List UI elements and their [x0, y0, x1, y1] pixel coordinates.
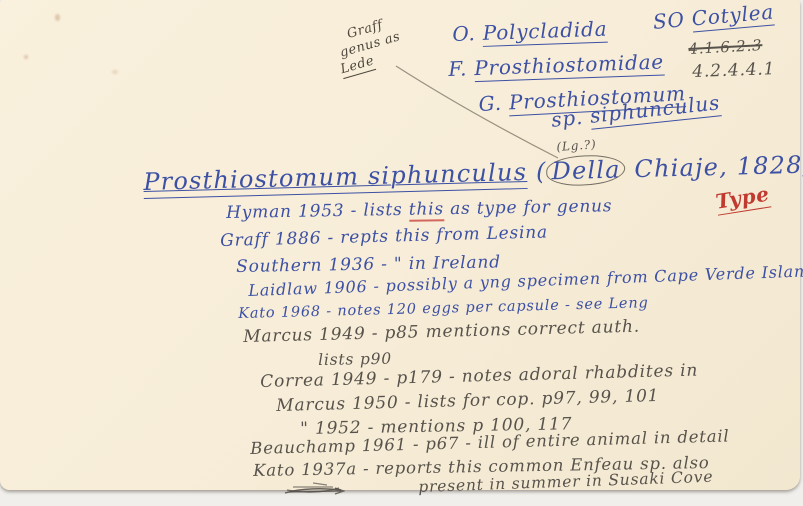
entry-marcus-1950: Marcus 1950 - lists for cop. p97, 99, 10… [276, 386, 660, 416]
old-catalog-number: 4.1.6.2.3 [688, 36, 763, 58]
size-query-note: (Lg.?) [556, 137, 597, 154]
pencil-corner-note: Graff genus as Lede [330, 14, 407, 78]
red-underlined-word: this [409, 199, 445, 222]
authority-rest: Chiaje, 1828) [625, 150, 803, 183]
entry-graff-1886: Graff 1886 - repts this from Lesina [220, 222, 548, 251]
authority-open-paren: ( [536, 157, 547, 185]
authority-circled-word: Della [546, 154, 626, 186]
index-card: Graff genus as Lede O. Polycladida SO Co… [0, 0, 800, 490]
order-name: Polycladida [482, 17, 607, 47]
genus-label: G. [478, 91, 502, 116]
family-line: F. Prosthiostomidae [448, 49, 664, 81]
order-label: O. [452, 21, 476, 46]
family-label: F. [448, 56, 468, 81]
title-binomial: Prosthiostomum siphunculus [143, 158, 528, 199]
family-name: Prosthiostomidae [474, 49, 665, 82]
entry-hyman-1953: Hyman 1953 - lists this as type for genu… [226, 196, 613, 223]
suborder-label: SO [652, 7, 686, 34]
species-label: sp. [550, 105, 584, 132]
card-stain [112, 70, 118, 74]
card-stain [55, 14, 60, 21]
scratched-out-word [283, 481, 345, 497]
entry-text: as type for genus [444, 196, 613, 219]
entry-text: Hyman 1953 - lists [226, 200, 409, 223]
entry-marcus-1949-continued: lists p90 [318, 350, 392, 369]
title-authority: (Della Chiaje, 1828) [536, 150, 803, 186]
type-label: Type [714, 182, 772, 216]
suborder-line: SO Cotylea [652, 0, 775, 34]
scanned-index-card-page: Graff genus as Lede O. Polycladida SO Co… [0, 0, 803, 506]
entry-marcus-1949: Marcus 1949 - p85 mentions correct auth. [243, 317, 640, 347]
new-catalog-number: 4.2.4.4.1 [692, 59, 776, 82]
suborder-name: Cotylea [691, 0, 775, 33]
card-title: Prosthiostomum siphunculus (Della Chiaje… [143, 150, 803, 196]
order-line: O. Polycladida [452, 17, 608, 46]
card-stain [24, 55, 28, 59]
